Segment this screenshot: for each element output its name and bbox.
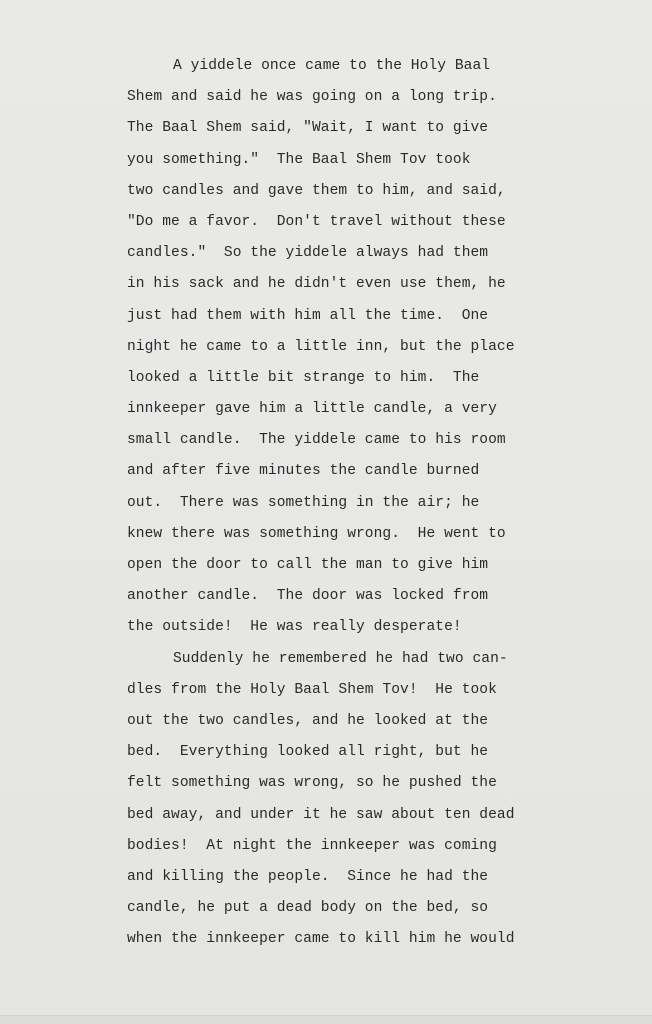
text-line: another candle. The door was locked from — [127, 581, 557, 612]
text-line: candles." So the yiddele always had them — [127, 238, 557, 269]
text-line: you something." The Baal Shem Tov took — [127, 145, 557, 176]
text-line: candle, he put a dead body on the bed, s… — [127, 893, 557, 924]
text-line: bed away, and under it he saw about ten … — [127, 800, 557, 831]
document-page: A yiddele once came to the Holy BaalShem… — [0, 0, 652, 1024]
text-line: out the two candles, and he looked at th… — [127, 706, 557, 737]
page-edge — [0, 1015, 652, 1024]
text-line: dles from the Holy Baal Shem Tov! He too… — [127, 675, 557, 706]
text-line: two candles and gave them to him, and sa… — [127, 176, 557, 207]
text-line: bed. Everything looked all right, but he — [127, 737, 557, 768]
text-line: felt something was wrong, so he pushed t… — [127, 768, 557, 799]
story-text: A yiddele once came to the Holy BaalShem… — [127, 51, 557, 955]
text-line: A yiddele once came to the Holy Baal — [127, 51, 557, 82]
text-line: just had them with him all the time. One — [127, 301, 557, 332]
text-line: looked a little bit strange to him. The — [127, 363, 557, 394]
text-line: small candle. The yiddele came to his ro… — [127, 425, 557, 456]
text-line: open the door to call the man to give hi… — [127, 550, 557, 581]
text-line: knew there was something wrong. He went … — [127, 519, 557, 550]
text-line: Suddenly he remembered he had two can- — [127, 644, 557, 675]
text-line: the outside! He was really desperate! — [127, 612, 557, 643]
text-line: and after five minutes the candle burned — [127, 456, 557, 487]
text-line: bodies! At night the innkeeper was comin… — [127, 831, 557, 862]
text-line: out. There was something in the air; he — [127, 488, 557, 519]
text-line: The Baal Shem said, "Wait, I want to giv… — [127, 113, 557, 144]
text-line: "Do me a favor. Don't travel without the… — [127, 207, 557, 238]
text-line: night he came to a little inn, but the p… — [127, 332, 557, 363]
text-line: innkeeper gave him a little candle, a ve… — [127, 394, 557, 425]
text-line: in his sack and he didn't even use them,… — [127, 269, 557, 300]
text-line: and killing the people. Since he had the — [127, 862, 557, 893]
text-line: when the innkeeper came to kill him he w… — [127, 924, 557, 955]
text-line: Shem and said he was going on a long tri… — [127, 82, 557, 113]
